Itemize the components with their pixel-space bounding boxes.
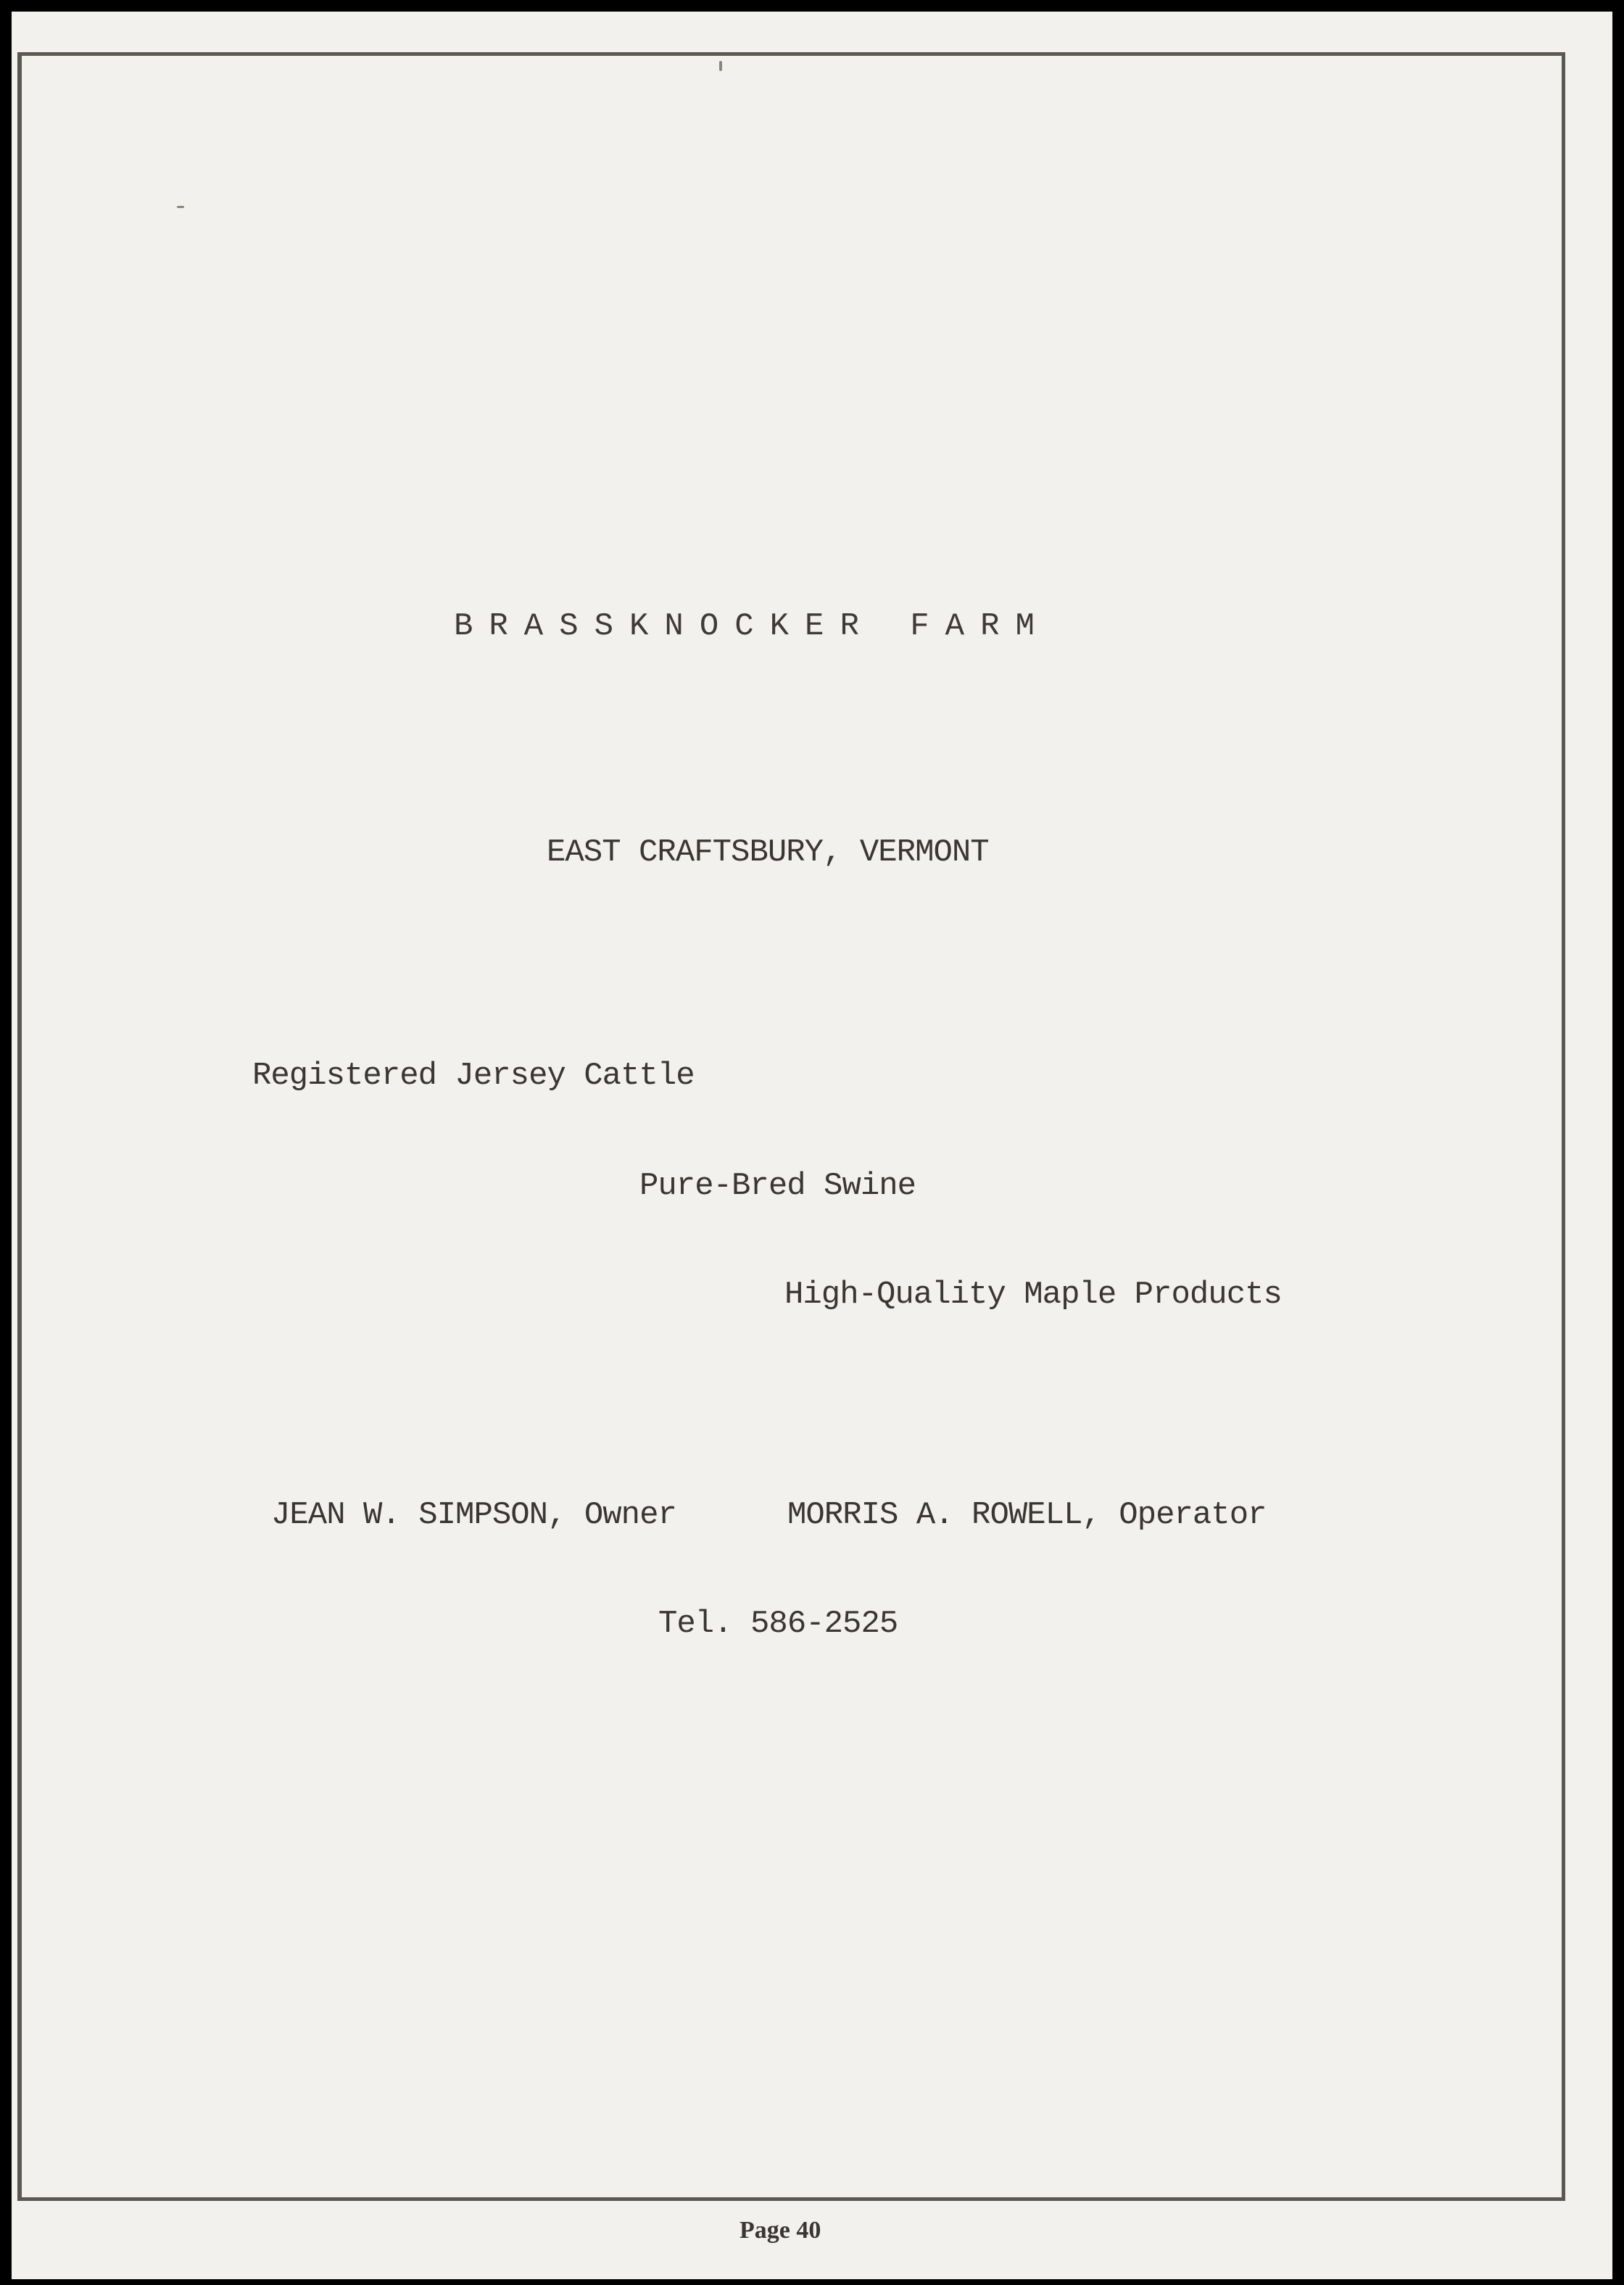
document-page: BRASSKNOCKER FARM EAST CRAFTSBURY, VERMO… <box>12 12 1612 2279</box>
farm-location: EAST CRAFTSBURY, VERMONT <box>547 837 989 868</box>
page-border-frame <box>17 52 1565 2201</box>
ink-speck <box>177 206 184 208</box>
page-number: Page 40 <box>739 2218 821 2243</box>
offering-maple-products: High-Quality Maple Products <box>784 1279 1282 1311</box>
offering-jersey-cattle: Registered Jersey Cattle <box>252 1060 695 1092</box>
offering-swine: Pure-Bred Swine <box>639 1170 916 1202</box>
ink-speck <box>719 61 722 71</box>
telephone-number: Tel. 586-2525 <box>658 1608 898 1640</box>
farm-name-heading: BRASSKNOCKER FARM <box>454 610 1051 642</box>
owner-name: JEAN W. SIMPSON, Owner <box>271 1499 676 1531</box>
operator-name: MORRIS A. ROWELL, Operator <box>787 1499 1267 1531</box>
